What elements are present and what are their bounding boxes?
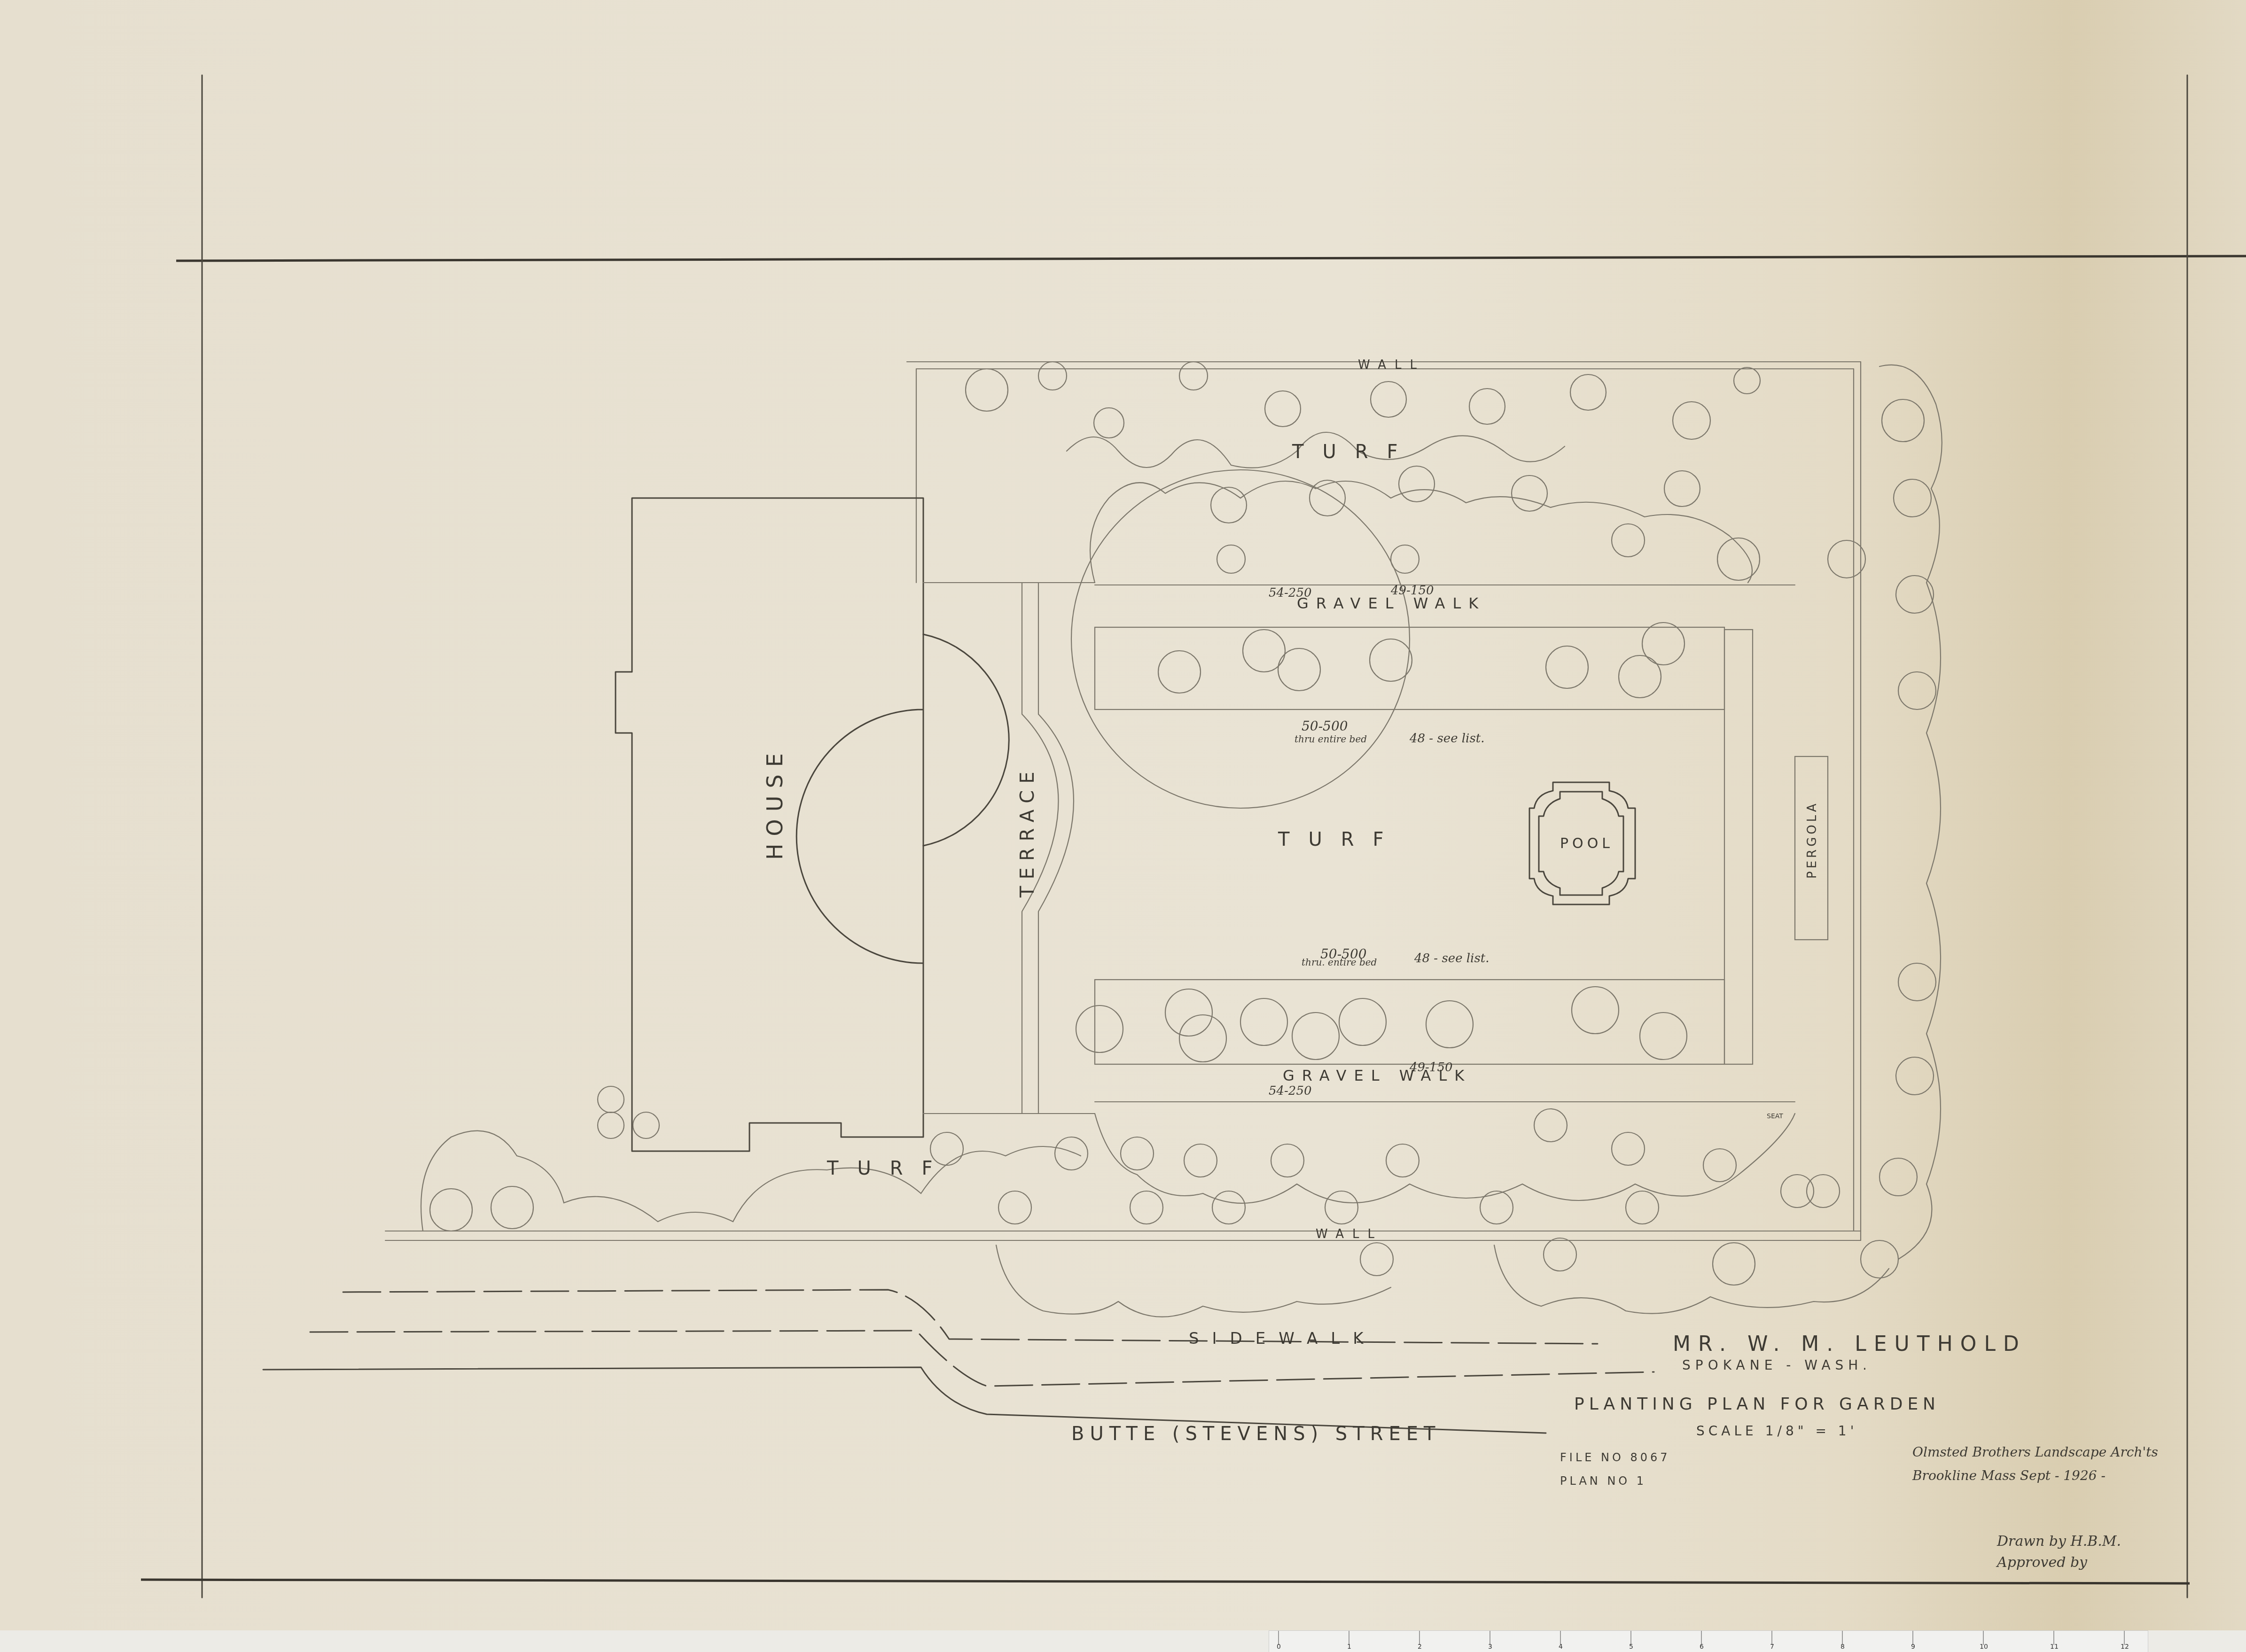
house-label: HOUSE — [762, 746, 788, 860]
north-bed-fill-note: 50-500 — [1302, 718, 1348, 734]
border-top-line — [176, 256, 2246, 261]
ruler-mark: 1 — [1347, 1643, 1351, 1651]
turf-center-label: TURF — [1278, 829, 1403, 850]
north-bed-plants — [1158, 623, 1684, 698]
measurement-ruler: 0 1 2 3 4 5 6 7 8 9 10 11 12 — [1269, 1630, 2148, 1652]
terrace-label: TERRACE — [1017, 765, 1038, 898]
terrace-edge-2 — [1038, 583, 1074, 1114]
ruler-mark: 0 — [1277, 1643, 1281, 1651]
turf-south-label: TURF — [827, 1158, 951, 1179]
turf-north-label: TURF — [1292, 441, 1417, 463]
wall-south-label: WALL — [1316, 1227, 1383, 1241]
ruler-mark: 2 — [1418, 1643, 1422, 1651]
seat-label: SEAT — [1767, 1113, 1783, 1120]
east-walk — [1724, 630, 1753, 1064]
circled-plant-markers — [430, 362, 1936, 1285]
ruler-mark: 3 — [1488, 1643, 1492, 1651]
east-shrub-mass — [1879, 365, 1942, 1259]
ruler-mark: 8 — [1840, 1643, 1845, 1651]
south-flower-bed — [1095, 980, 1724, 1064]
south-shrub-mass — [1095, 1114, 1795, 1203]
ruler-mark: 4 — [1559, 1643, 1563, 1651]
firm-name: Olmsted Brothers Landscape Arch'ts — [1912, 1444, 2158, 1460]
ruler-mark: 10 — [1980, 1643, 1988, 1651]
drawn-by: Drawn by H.B.M. — [1996, 1533, 2121, 1550]
north-bed-list-note: 48 - see list. — [1409, 732, 1484, 746]
walk-note-s1: 54-250 — [1269, 1084, 1312, 1098]
south-bed-fill-sub: thru. entire bed — [1302, 957, 1377, 968]
file-number: FILE NO 8067 — [1560, 1451, 1670, 1464]
pool-label: POOL — [1560, 835, 1614, 852]
firm-location-date: Brookline Mass Sept - 1926 - — [1912, 1468, 2106, 1483]
border-bottom-line — [141, 1580, 2190, 1583]
ruler-mark: 11 — [2050, 1643, 2059, 1651]
drawing-title: PLANTING PLAN FOR GARDEN — [1574, 1395, 1940, 1414]
south-bed-list-note: 48 - see list. — [1414, 951, 1489, 966]
ruler-mark: 5 — [1629, 1643, 1633, 1651]
street-shrub-mass — [996, 1245, 1889, 1317]
wall-north-label: WALL — [1358, 358, 1425, 372]
house-bay-arc — [923, 634, 1009, 846]
client-name: MR. W. M. LEUTHOLD — [1673, 1332, 2027, 1356]
sidewalk-line-1 — [343, 1290, 1598, 1344]
drawing-scale: SCALE 1/8" = 1' — [1696, 1423, 1857, 1439]
plan-number: PLAN NO 1 — [1560, 1474, 1646, 1488]
approved-by: Approved by — [1996, 1554, 2088, 1571]
south-bed-plants — [1076, 987, 1687, 1062]
planting-plan-drawing: HOUSE TERRACE TURF TURF TURF POOL PERGOL… — [0, 0, 2246, 1630]
drawing-sheet: HOUSE TERRACE TURF TURF TURF POOL PERGOL… — [0, 0, 2246, 1630]
ruler-mark: 9 — [1911, 1643, 1915, 1651]
sidewalk-label: SIDEWALK — [1189, 1329, 1377, 1348]
client-location: SPOKANE - WASH. — [1682, 1357, 1872, 1373]
north-shrub-mass — [1090, 481, 1752, 583]
walk-note-n1: 54-250 — [1269, 586, 1312, 600]
walk-note-n2: 49-150 — [1390, 584, 1434, 598]
ruler-mark: 7 — [1770, 1643, 1774, 1651]
pergola-label: PERGOLA — [1805, 801, 1819, 879]
north-bed-fill-sub: thru entire bed — [1295, 733, 1367, 745]
street-label: BUTTE (STEVENS) STREET — [1071, 1423, 1441, 1445]
tree-canopy-north — [1071, 470, 1410, 808]
walk-note-s2: 49-150 — [1409, 1060, 1453, 1075]
ruler-mark: 6 — [1700, 1643, 1704, 1651]
ruler-mark: 12 — [2121, 1643, 2129, 1651]
south-west-shrub-mass — [421, 1131, 1081, 1231]
